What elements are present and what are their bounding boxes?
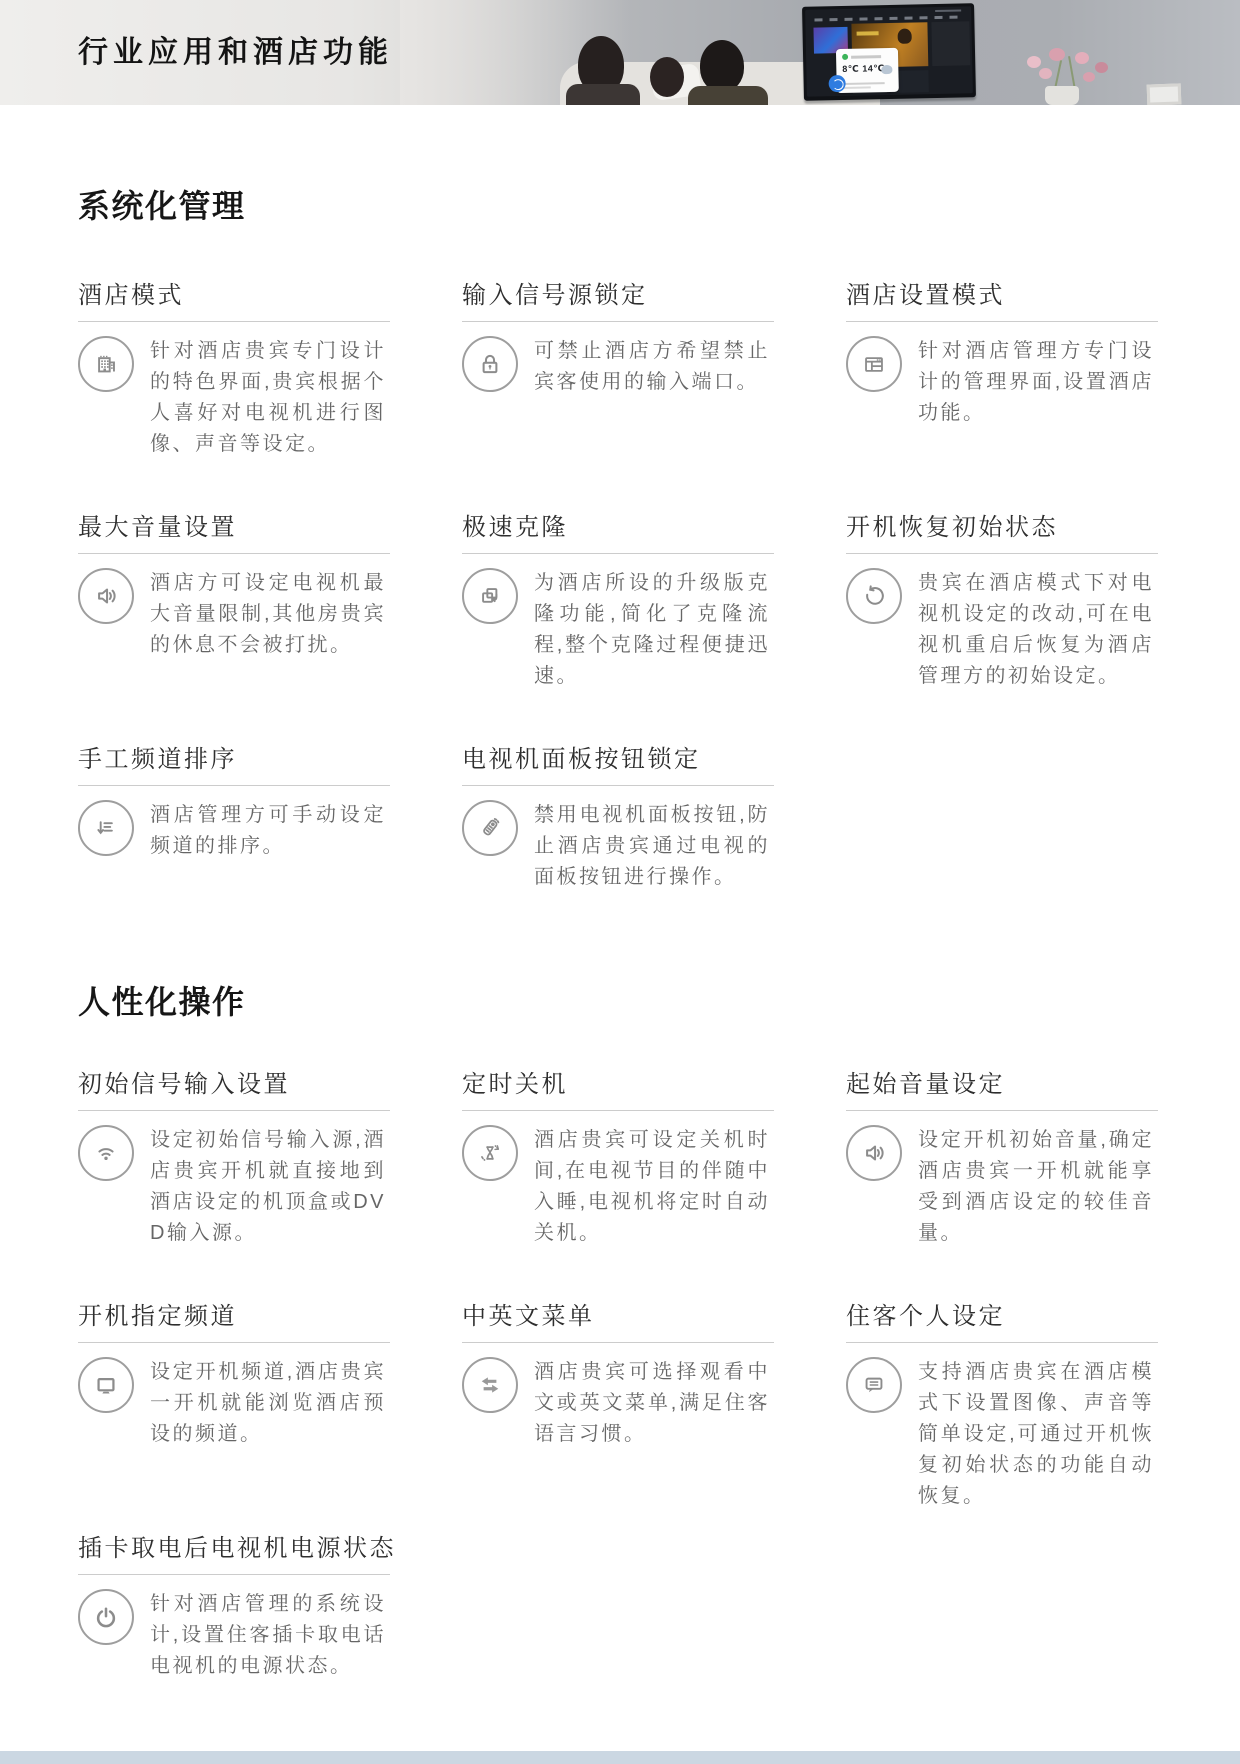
tv-status-bar [935, 9, 961, 12]
guest-settings-icon [846, 1357, 902, 1413]
feature-body: 支持酒店贵宾在酒店模式下设置图像、声音等简单设定,可通过开机恢复初始状态的功能自… [846, 1357, 1158, 1512]
feature-divider [78, 785, 390, 786]
flower-vase [1005, 46, 1135, 105]
flower [1049, 48, 1065, 61]
feature-card: 输入信号源锁定 可禁止酒店方希望禁止宾客使用的输入端口。 [462, 281, 774, 513]
feature-description: 酒店贵宾可选择观看中文或英文菜单,满足住客语言习惯。 [534, 1357, 770, 1450]
person-child [650, 57, 684, 97]
sleep-timer-icon [462, 1125, 518, 1181]
startup-channel-icon [78, 1357, 134, 1413]
feature-body: 贵宾在酒店模式下对电视机设定的改动,可在电视机重启后恢复为酒店管理方的初始设定。 [846, 568, 1158, 692]
person-mother-body [566, 84, 640, 105]
feature-body: 设定开机频道,酒店贵宾一开机就能浏览酒店预设的频道。 [78, 1357, 390, 1450]
tv-thumbnail [931, 21, 970, 66]
feature-divider [462, 1342, 774, 1343]
feature-divider [462, 553, 774, 554]
panel-lock-icon [462, 800, 518, 856]
feature-body: 为酒店所设的升级版克隆功能,简化了克隆流程,整个克隆过程便捷迅速。 [462, 568, 774, 692]
feature-title: 定时关机 [462, 1070, 774, 1100]
feature-description: 针对酒店贵宾专门设计的特色界面,贵宾根据个人喜好对电视机进行图像、声音等设定。 [150, 336, 386, 460]
flower-stem [1068, 56, 1076, 90]
feature-body: 设定开机初始音量,确定酒店贵宾一开机就能享受到酒店设定的较佳音量。 [846, 1125, 1158, 1249]
feature-divider [78, 1574, 390, 1575]
feature-description: 酒店贵宾可设定关机时间,在电视节目的伴随中入睡,电视机将定时自动关机。 [534, 1125, 770, 1249]
feature-title: 开机恢复初始状态 [846, 513, 1158, 543]
max-volume-icon [78, 568, 134, 624]
feature-card: 手工频道排序 酒店管理方可手动设定频道的排序。 [78, 745, 390, 977]
feature-card: 初始信号输入设置 设定初始信号输入源,酒店贵宾开机就直接地到酒店设定的机顶盒或D… [78, 1070, 390, 1302]
feature-divider [846, 321, 1158, 322]
page: 8℃ 14℃ 行业应用和酒店功能 系统化管理 酒店模式 [0, 0, 1240, 1764]
feature-card: 最大音量设置 酒店方可设定电视机最大音量限制,其他房贵宾的休息不会被打扰。 [78, 513, 390, 745]
tv-thumbnail-figure [898, 29, 912, 44]
feature-title: 极速克隆 [462, 513, 774, 543]
feature-grid-humanized: 初始信号输入设置 设定初始信号输入源,酒店贵宾开机就直接地到酒店设定的机顶盒或D… [78, 1070, 1158, 1764]
feature-card: 开机恢复初始状态 贵宾在酒店模式下对电视机设定的改动,可在电视机重启后恢复为酒店… [846, 513, 1158, 745]
feature-divider [846, 1342, 1158, 1343]
weather-temp-low: 8℃ [842, 64, 859, 74]
person-father [700, 40, 744, 92]
feature-description: 为酒店所设的升级版克隆功能,简化了克隆流程,整个克隆过程便捷迅速。 [534, 568, 770, 692]
feature-title: 酒店模式 [78, 281, 390, 311]
feature-title: 起始音量设定 [846, 1070, 1158, 1100]
feature-body: 酒店管理方可手动设定频道的排序。 [78, 800, 390, 862]
clone-icon [462, 568, 518, 624]
feature-body: 酒店方可设定电视机最大音量限制,其他房贵宾的休息不会被打扰。 [78, 568, 390, 661]
flower [1095, 62, 1108, 73]
restore-icon [846, 568, 902, 624]
start-volume-icon [846, 1125, 902, 1181]
feature-card: 插卡取电后电视机电源状态 针对酒店管理的系统设计,设置住客插卡取电话电视机的电源… [78, 1534, 390, 1764]
bottom-bar [0, 1751, 1240, 1764]
flower [1075, 52, 1089, 64]
feature-title: 开机指定频道 [78, 1302, 390, 1332]
language-menu-icon [462, 1357, 518, 1413]
signal-input-icon [78, 1125, 134, 1181]
feature-divider [846, 1110, 1158, 1111]
feature-card: 定时关机 酒店贵宾可设定关机时间,在电视节目的伴随中入睡,电视机将定时自动关机。 [462, 1070, 774, 1302]
feature-title: 初始信号输入设置 [78, 1070, 390, 1100]
feature-description: 贵宾在酒店模式下对电视机设定的改动,可在电视机重启后恢复为酒店管理方的初始设定。 [918, 568, 1154, 692]
feature-grid-systematic: 酒店模式 针对酒店贵宾专门设计的特色界面,贵宾根据个人喜好对电视机进行图像、声音… [78, 281, 1158, 977]
feature-title: 插卡取电后电视机电源状态 [78, 1534, 390, 1564]
hotel-building-icon [78, 336, 134, 392]
feature-description: 可禁止酒店方希望禁止宾客使用的输入端口。 [534, 336, 770, 398]
feature-card: 酒店模式 针对酒店贵宾专门设计的特色界面,贵宾根据个人喜好对电视机进行图像、声音… [78, 281, 390, 513]
feature-description: 支持酒店贵宾在酒店模式下设置图像、声音等简单设定,可通过开机恢复初始状态的功能自… [918, 1357, 1154, 1512]
weather-date-bar [843, 82, 885, 85]
feature-description: 针对酒店管理的系统设计,设置住客插卡取电话电视机的电源状态。 [150, 1589, 386, 1682]
feature-title: 最大音量设置 [78, 513, 390, 543]
feature-divider [78, 1110, 390, 1111]
feature-card: 极速克隆 为酒店所设的升级版克隆功能,简化了克隆流程,整个克隆过程便捷迅速。 [462, 513, 774, 745]
input-lock-icon [462, 336, 518, 392]
flower [1027, 56, 1041, 68]
television: 8℃ 14℃ [802, 3, 976, 101]
feature-card: 住客个人设定 支持酒店贵宾在酒店模式下设置图像、声音等简单设定,可通过开机恢复初… [846, 1302, 1158, 1534]
feature-description: 酒店方可设定电视机最大音量限制,其他房贵宾的休息不会被打扰。 [150, 568, 386, 661]
section-heading-systematic-management: 系统化管理 [78, 186, 246, 226]
feature-body: 设定初始信号输入源,酒店贵宾开机就直接地到酒店设定的机顶盒或DVD输入源。 [78, 1125, 390, 1249]
feature-description: 设定开机初始音量,确定酒店贵宾一开机就能享受到酒店设定的较佳音量。 [918, 1125, 1154, 1249]
feature-body: 酒店贵宾可设定关机时间,在电视节目的伴随中入睡,电视机将定时自动关机。 [462, 1125, 774, 1249]
feature-divider [462, 785, 774, 786]
feature-body: 酒店贵宾可选择观看中文或英文菜单,满足住客语言习惯。 [462, 1357, 774, 1450]
channel-sort-icon [78, 800, 134, 856]
tv-screen: 8℃ 14℃ [805, 6, 973, 96]
feature-description: 酒店管理方可手动设定频道的排序。 [150, 800, 386, 862]
picture-frame [1147, 83, 1182, 105]
weather-date-bar [843, 86, 871, 89]
weather-card: 8℃ 14℃ [836, 48, 899, 93]
weather-badge-icon [842, 54, 848, 60]
feature-divider [78, 553, 390, 554]
feature-divider [462, 321, 774, 322]
feature-card: 酒店设置模式 针对酒店管理方专门设计的管理界面,设置酒店功能。 [846, 281, 1158, 513]
power-state-icon [78, 1589, 134, 1645]
tv-nav-bar [814, 15, 962, 21]
feature-card: 中英文菜单 酒店贵宾可选择观看中文或英文菜单,满足住客语言习惯。 [462, 1302, 774, 1534]
hotel-settings-icon [846, 336, 902, 392]
feature-body: 针对酒店管理方专门设计的管理界面,设置酒店功能。 [846, 336, 1158, 429]
header-banner: 8℃ 14℃ 行业应用和酒店功能 [0, 0, 1240, 105]
section-heading-humanized-operation: 人性化操作 [78, 982, 246, 1022]
flower [1083, 72, 1095, 82]
feature-description: 禁用电视机面板按钮,防止酒店贵宾通过电视的面板按钮进行操作。 [534, 800, 770, 893]
feature-description: 设定开机频道,酒店贵宾一开机就能浏览酒店预设的频道。 [150, 1357, 386, 1450]
page-title: 行业应用和酒店功能 [78, 36, 393, 70]
feature-title: 酒店设置模式 [846, 281, 1158, 311]
feature-title: 输入信号源锁定 [462, 281, 774, 311]
feature-divider [78, 321, 390, 322]
flower [1039, 68, 1052, 79]
feature-card: 起始音量设定 设定开机初始音量,确定酒店贵宾一开机就能享受到酒店设定的较佳音量。 [846, 1070, 1158, 1302]
feature-card: 开机指定频道 设定开机频道,酒店贵宾一开机就能浏览酒店预设的频道。 [78, 1302, 390, 1534]
weather-temps: 8℃ 14℃ [842, 63, 885, 75]
feature-title: 电视机面板按钮锁定 [462, 745, 774, 775]
feature-body: 禁用电视机面板按钮,防止酒店贵宾通过电视的面板按钮进行操作。 [462, 800, 774, 893]
feature-card: 电视机面板按钮锁定 禁用电视机面板按钮,防止酒店贵宾通过电视的面板按钮进行操作。 [462, 745, 774, 977]
weather-location-bar [851, 55, 881, 58]
feature-body: 针对酒店管理的系统设计,设置住客插卡取电话电视机的电源状态。 [78, 1589, 390, 1682]
tv-thumbnail-title-art [857, 31, 879, 35]
feature-title: 手工频道排序 [78, 745, 390, 775]
feature-description: 设定初始信号输入源,酒店贵宾开机就直接地到酒店设定的机顶盒或DVD输入源。 [150, 1125, 386, 1249]
feature-divider [462, 1110, 774, 1111]
feature-divider [846, 553, 1158, 554]
vase [1045, 86, 1079, 105]
person-father-body [688, 86, 768, 105]
feature-title: 住客个人设定 [846, 1302, 1158, 1332]
weather-cloud-icon [881, 65, 892, 74]
feature-description: 针对酒店管理方专门设计的管理界面,设置酒店功能。 [918, 336, 1154, 429]
feature-title: 中英文菜单 [462, 1302, 774, 1332]
feature-divider [78, 1342, 390, 1343]
feature-body: 可禁止酒店方希望禁止宾客使用的输入端口。 [462, 336, 774, 398]
feature-body: 针对酒店贵宾专门设计的特色界面,贵宾根据个人喜好对电视机进行图像、声音等设定。 [78, 336, 390, 460]
